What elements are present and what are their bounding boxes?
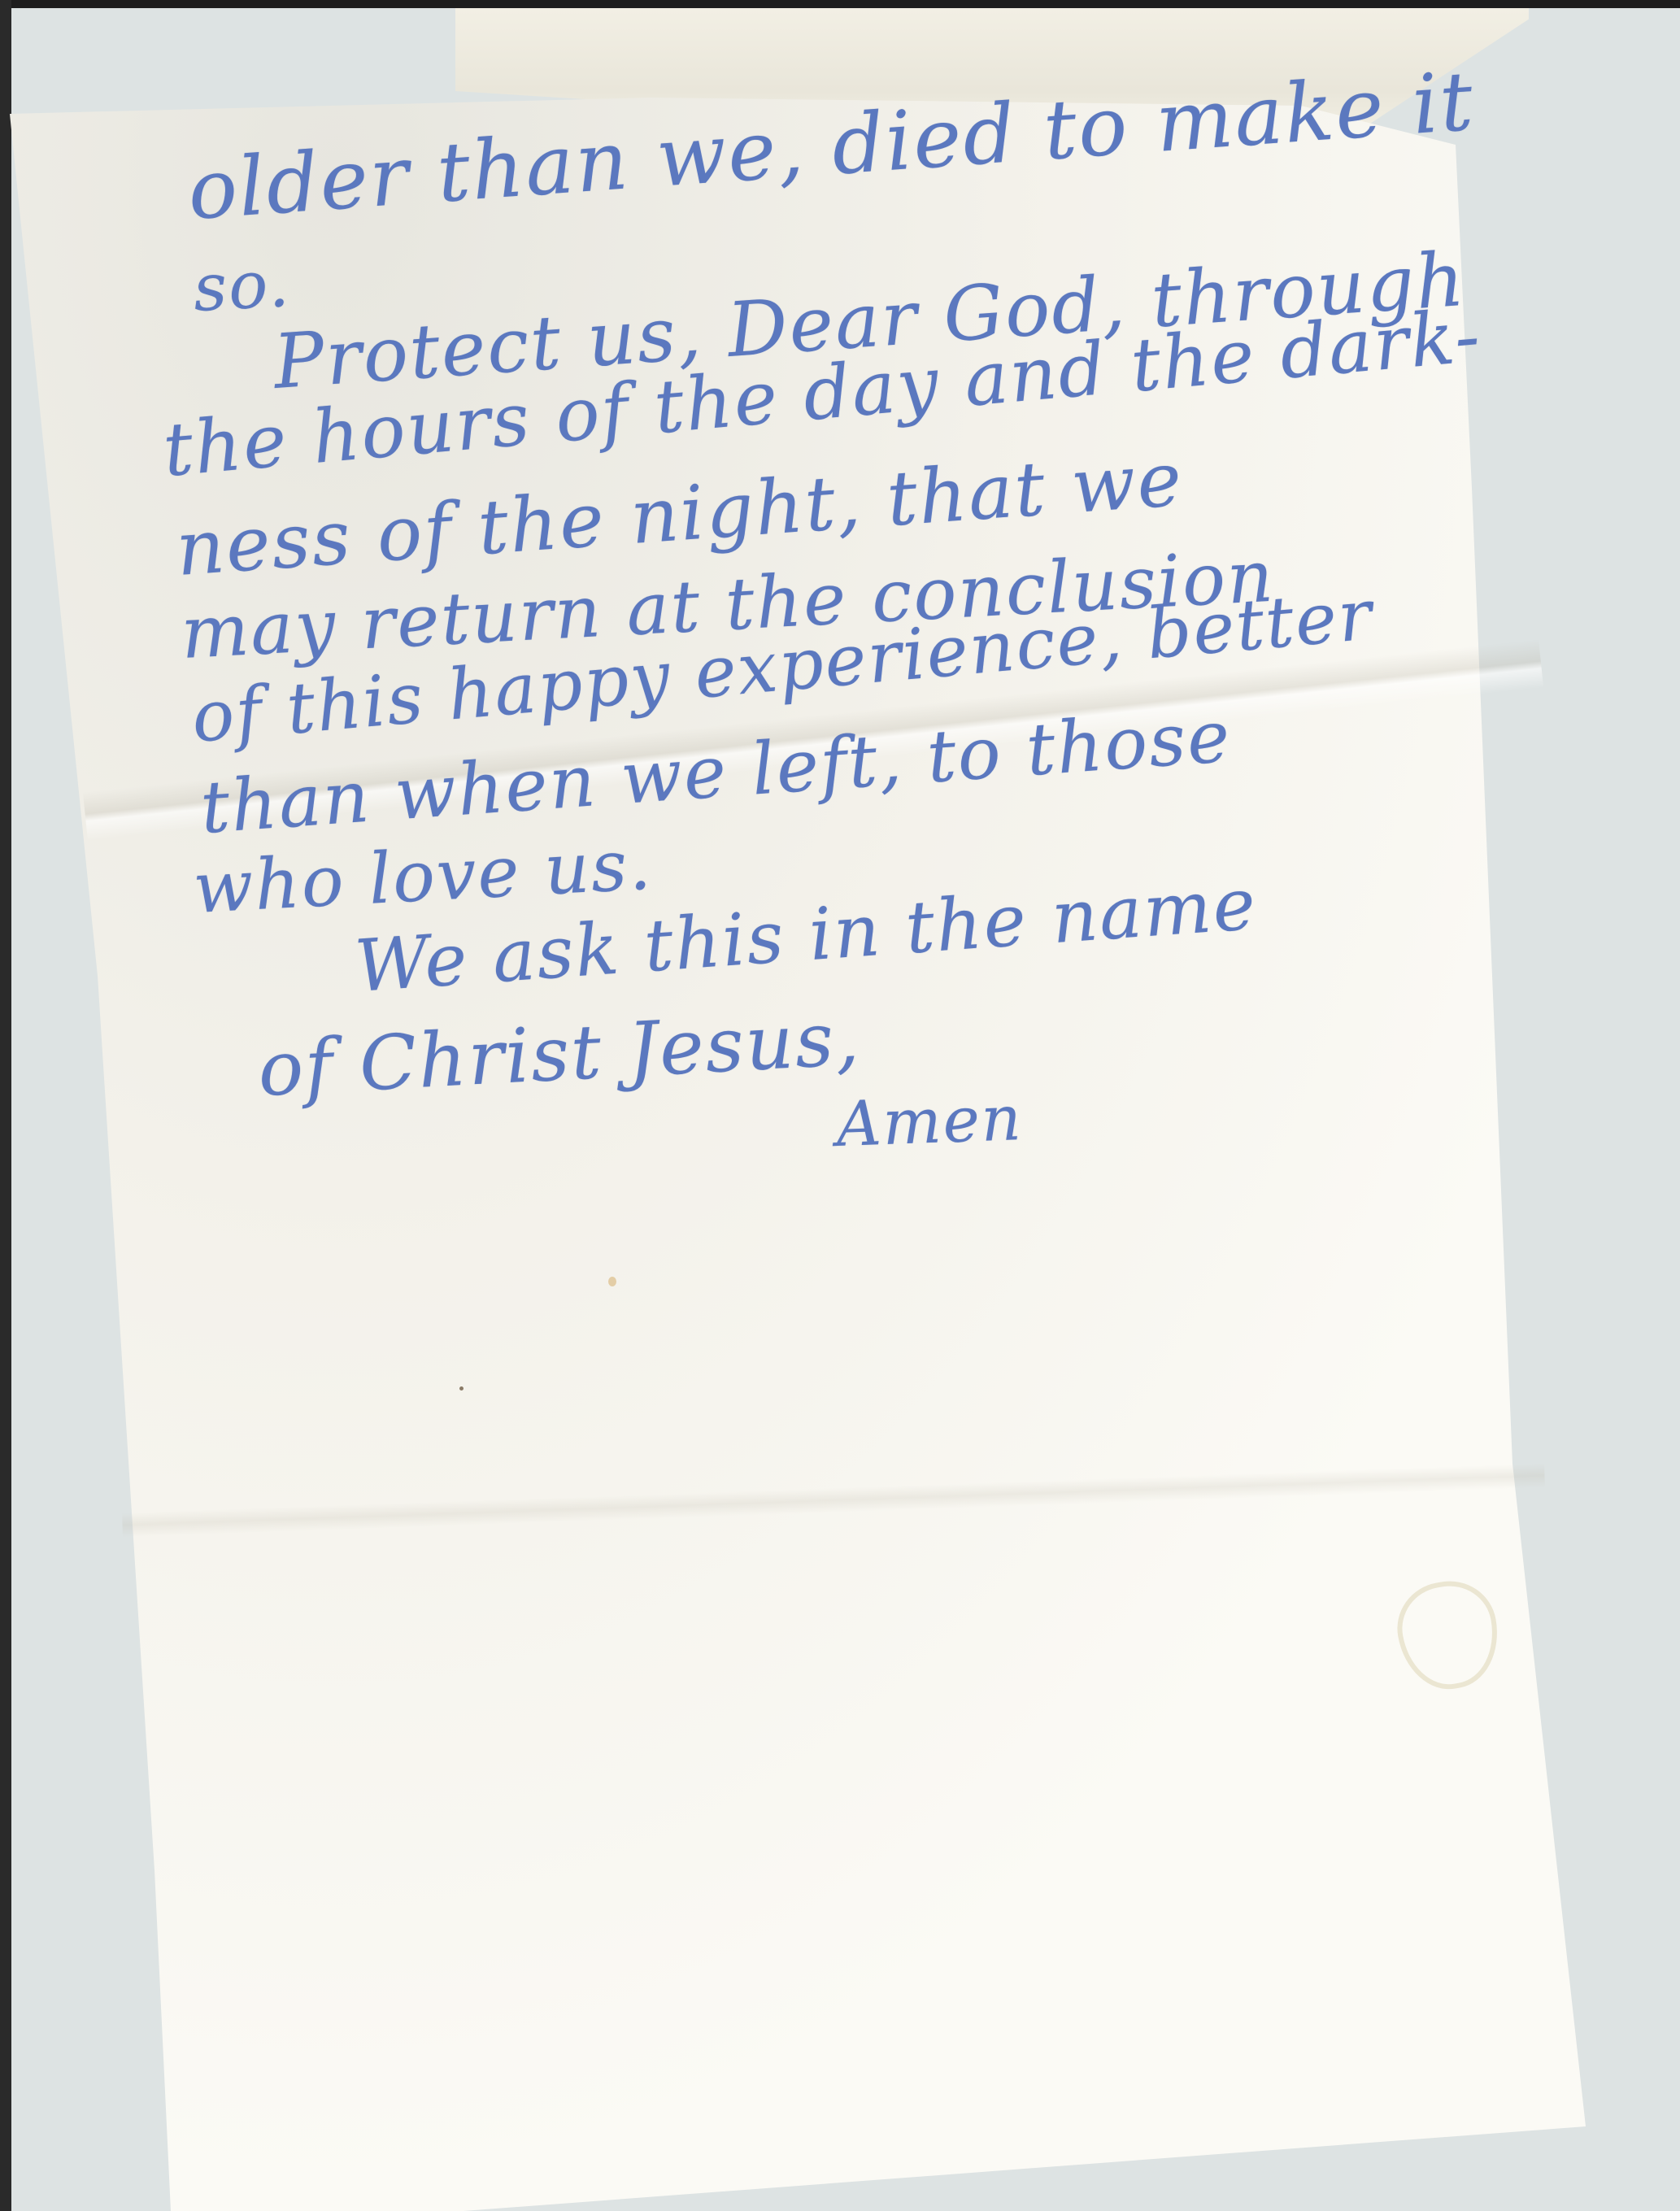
letter-line-2: so. [192, 251, 292, 321]
letter-closing-amen: Amen [835, 1087, 1023, 1156]
letter-line-1: older than we, died to make it [185, 61, 1477, 232]
handwritten-text: older than we, died to make it so. Prote… [0, 0, 1680, 2211]
letter-line-11: of Christ Jesus, [256, 1001, 862, 1108]
